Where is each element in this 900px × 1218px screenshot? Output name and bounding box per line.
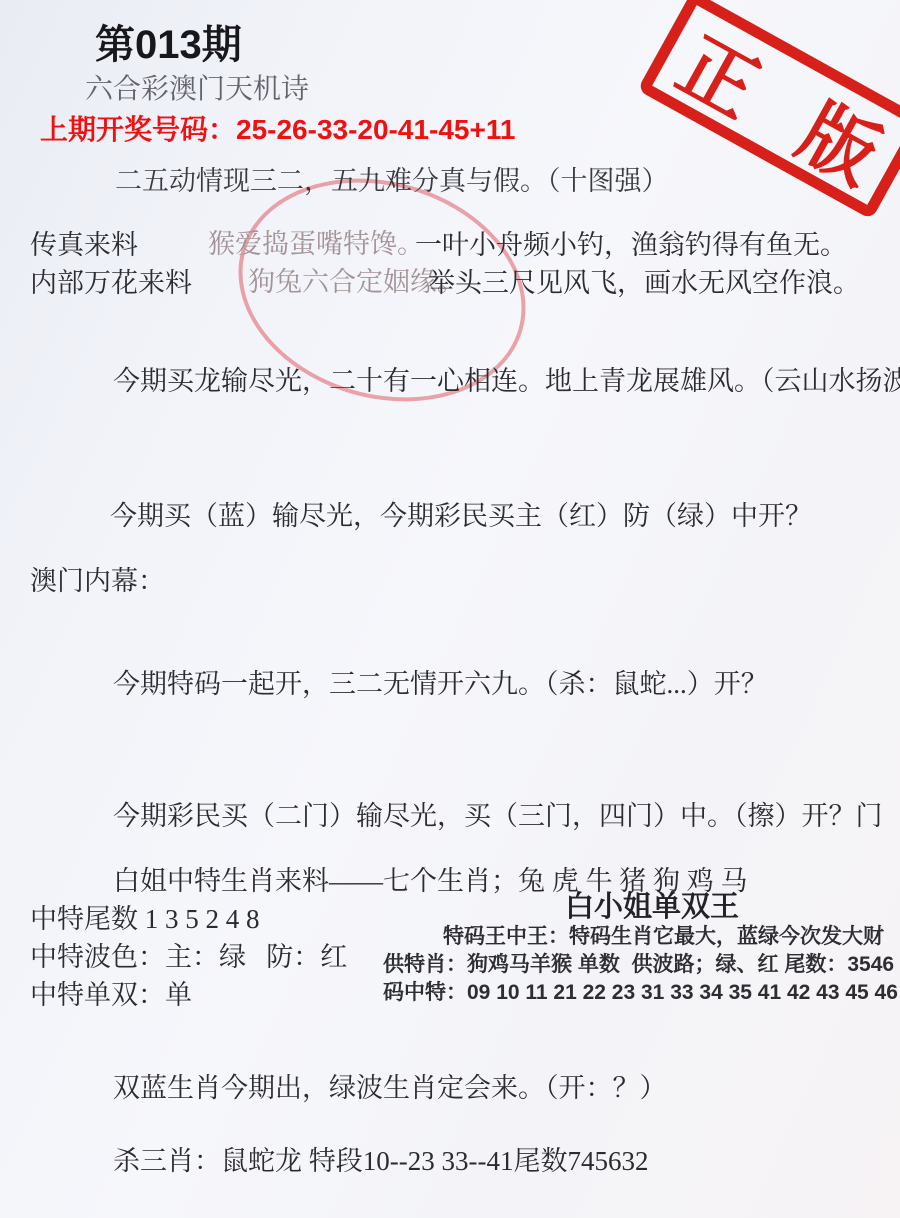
poem-line-1: 二五动情现三二，五九难分真与假。（十图强） xyxy=(115,165,669,199)
mazhongte-line: 码中特：09 10 11 21 22 23 31 33 34 35 41 42 … xyxy=(383,980,898,1006)
double-blue-poem: 双蓝生肖今期出，绿波生肖定会来。（开：？） xyxy=(113,1072,667,1106)
last-draw-numbers: 上期开奖号码：25-26-33-20-41-45+11 xyxy=(40,112,515,147)
door-poem: 今期彩民买（二门）输尽光，买（三门，四门）中。（擦）开？门 xyxy=(113,800,883,834)
wangzhongwang-line: 特码王中王：特码生肖它最大，蓝绿今次发大财 xyxy=(443,924,884,950)
issue-number: 第013期 xyxy=(95,20,242,70)
dragon-poem: 今期买龙输尽光，二十有一心相连。地上青龙展雄风。（云山水扬波） xyxy=(113,365,900,399)
fax-source-label: 传真来料 xyxy=(30,229,138,263)
stamp-char-ban: 版 xyxy=(783,72,900,204)
edition-subtitle: 六合彩澳门天机诗 xyxy=(85,72,309,107)
tip-sheet-page: 正 版 第013期 六合彩澳门天机诗 上期开奖号码：25-26-33-20-41… xyxy=(0,0,900,1218)
kill-three-zodiac-line: 杀三肖：鼠蛇龙 特段10--23 33--41尾数745632 xyxy=(113,1145,648,1179)
special-code-poem: 今期特码一起开，三二无情开六九。（杀：鼠蛇...）开？ xyxy=(113,668,768,702)
baixiaojie-title: 白小姐单双王 xyxy=(565,889,739,925)
internal-source-label: 内部万花来料 xyxy=(30,267,192,301)
internal-poem: 举头三尺见风飞，画水无风空作浪。 xyxy=(428,267,860,301)
macau-insider-label: 澳门内幕： xyxy=(30,565,165,599)
wave-color-line: 中特波色：主：绿 防：红 xyxy=(30,941,347,975)
tail-numbers-line: 中特尾数 1 3 5 2 4 8 xyxy=(30,903,260,937)
fax-poem: 一叶小舟频小钓，渔翁钓得有鱼无。 xyxy=(415,229,847,263)
blue-buy-poem: 今期买（蓝）输尽光，今期彩民买主（红）防（绿）中开？ xyxy=(110,500,812,534)
odd-even-line: 中特单双：单 xyxy=(30,979,192,1013)
gongtexiao-line: 供特肖：狗鸡马羊猴 单数 供波路；绿、红 尾数：3546 xyxy=(383,952,894,978)
stamp-char-zheng: 正 xyxy=(662,5,781,137)
genuine-stamp: 正 版 xyxy=(637,0,900,220)
fax-faint-text: 猴爱捣蛋嘴特馋。 xyxy=(208,228,424,262)
